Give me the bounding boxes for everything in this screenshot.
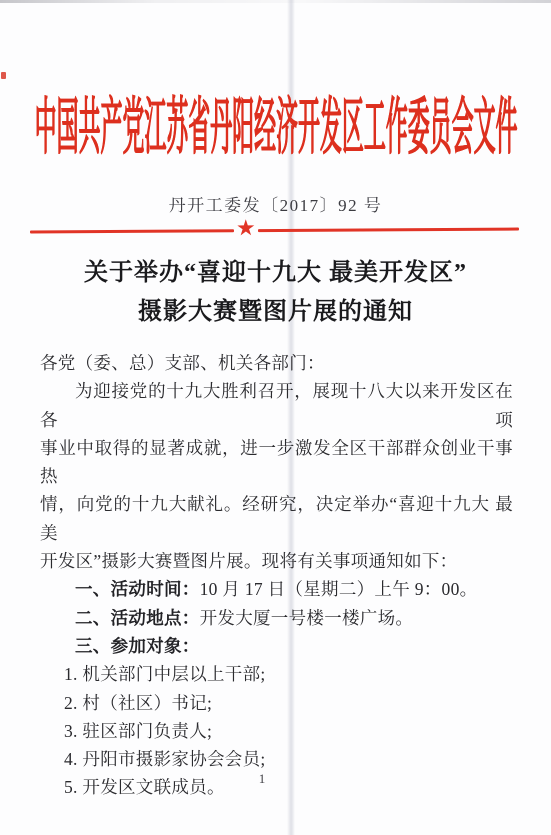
section-label: 一、活动时间： — [75, 579, 200, 599]
document-body: 各党（委、总）支部、机关各部门： 为迎接党的十九大胜利召开，展现十八大以来开发区… — [40, 349, 513, 802]
scanned-document-page: 中国共产党江苏省丹阳经济开发区工作委员会文件 丹开工委发〔2017〕92 号 ★… — [0, 0, 551, 835]
notice-title-line1: 关于举办“喜迎十九大 最美开发区” — [0, 252, 551, 287]
body-line: 开发区”摄影大赛暨图片展。现将有关事项通知如下： — [40, 547, 513, 575]
section-item-place: 二、活动地点：开发大厦一号楼一楼广场。 — [40, 604, 513, 632]
list-item: 1. 机关部门中层以上干部; — [40, 660, 513, 688]
document-number: 丹开工委发〔2017〕92 号 — [0, 191, 551, 216]
divider-line-left — [30, 229, 234, 233]
body-line: 情，向党的十九大献礼。经研究，决定举办“喜迎十九大 最美 — [40, 490, 513, 547]
section-label: 二、活动地点： — [75, 608, 200, 628]
scan-red-speck — [1, 72, 6, 79]
red-divider: ★ — [30, 221, 519, 240]
section-item-time: 一、活动时间：10 月 17 日（星期二）上午 9：00。 — [40, 575, 513, 603]
divider-line-right — [258, 227, 519, 232]
list-item: 4. 丹阳市摄影家协会会员; — [40, 745, 513, 773]
section-text: 开发大厦一号楼一楼广场。 — [200, 608, 414, 628]
page-number: 1 — [0, 771, 524, 787]
scan-edge-artifact — [0, 0, 551, 3]
star-icon: ★ — [236, 218, 256, 240]
salutation: 各党（委、总）支部、机关各部门： — [40, 349, 513, 377]
letterhead-title: 中国共产党江苏省丹阳经济开发区工作委员会文件 — [34, 97, 517, 159]
section-text: 10 月 17 日（星期二）上午 9：00。 — [200, 579, 478, 599]
list-item: 3. 驻区部门负责人; — [40, 717, 513, 745]
list-item: 2. 村（社区）书记; — [40, 689, 513, 717]
section-label: 三、参加对象： — [75, 636, 200, 656]
notice-title-line2: 摄影大赛暨图片展的通知 — [0, 291, 551, 326]
section-item-participants: 三、参加对象： — [40, 632, 513, 660]
body-line: 事业中取得的显著成就，进一步激发全区干部群众创业干事热 — [40, 434, 513, 491]
body-line: 为迎接党的十九大胜利召开，展现十八大以来开发区在各项 — [40, 377, 513, 434]
